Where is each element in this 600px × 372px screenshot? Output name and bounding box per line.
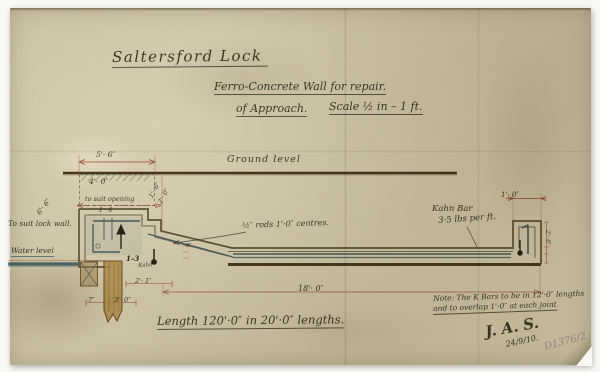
section-mark: 1–3: [126, 255, 139, 263]
dim-18ft0: 18'· 0″: [298, 285, 324, 294]
drawing-title: Saltersford Lock: [112, 48, 269, 68]
dim-2ft0-right: 2'· 0″: [543, 230, 550, 246]
label-water-level: Water level: [11, 247, 54, 257]
note-line-2: and to overlap 1'·0″ at each joint: [433, 301, 557, 316]
dim-3ft0: 3'· 0″: [114, 297, 131, 304]
drawing-subtitle: Ferro-Concrete Wall for repair.: [214, 81, 386, 95]
dim-5ft6: 5'· 6″: [96, 151, 115, 159]
label-kahn-small: Kahn: [138, 262, 153, 269]
dim-1-6-head: 1 · 6: [99, 208, 112, 215]
label-to-suit-lock-wall: To suit lock wall.: [8, 220, 72, 228]
dim-2ft1: 2'· 1″: [135, 278, 152, 285]
dim-1ft0: 1'· 0″: [501, 192, 519, 200]
dim-7in: 7″: [88, 297, 95, 304]
scanned-drawing-photo: Saltersford Lock Ferro-Concrete Wall for…: [0, 0, 600, 372]
dim-9in: 9″: [186, 243, 192, 249]
label-to-suit-opening: to suit opening: [85, 196, 134, 203]
drawing-subtitle-2: of Approach.: [236, 103, 307, 117]
scale-note: Scale ½ in – 1 ft.: [329, 101, 423, 115]
label-kahn-bar-2: 3·5 lbs per ft.: [438, 213, 496, 226]
length-note: Length 120'·0″ in 20'·0″ lengths.: [157, 313, 344, 329]
label-rods-note: ½″ rods 1'·0″ centres.: [242, 219, 329, 231]
label-kahn-bar-1: Kahn Bar: [432, 205, 472, 214]
reference-number: D1376/2: [543, 331, 588, 353]
label-ground-level: Ground level: [227, 155, 301, 165]
dim-6ft6: 6'· 6″: [36, 198, 53, 217]
annotation-layer: Saltersford Lock Ferro-Concrete Wall for…: [0, 0, 600, 372]
dim-4ft0: 4'· 0″: [89, 178, 108, 186]
